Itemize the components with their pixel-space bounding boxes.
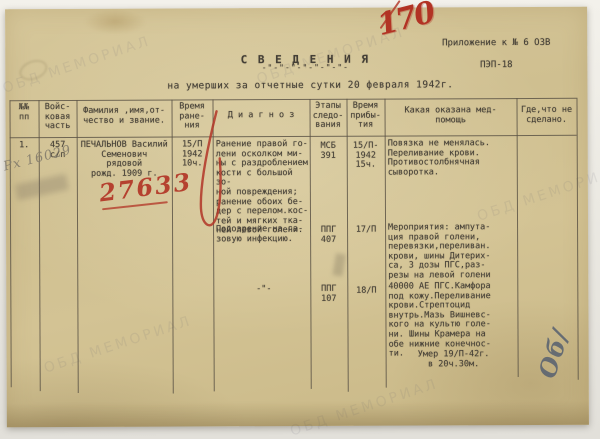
cell-arrival-time: 18/П xyxy=(347,287,385,297)
header-cell-remarks: Где,что не сделано. xyxy=(517,106,577,125)
cell-stage: ППГ 407 xyxy=(310,226,347,245)
paper-stain xyxy=(83,9,147,35)
casualty-table: №№ пп Войс- ковая часть Фамилия ,имя,от-… xyxy=(9,98,577,402)
table-top-rule xyxy=(9,98,576,101)
cell-medical-aid: 40000 АЕ ПГС.Камфора под кожу.Переливани… xyxy=(388,282,518,359)
document-paper: ОБД МЕМОРИАЛ ОБД МЕМОРИАЛ ОБД МЕМОРИАЛ О… xyxy=(5,7,589,428)
appendix-line2: ПЭП-18 xyxy=(413,60,579,72)
cell-arrival-time: 17/П xyxy=(347,226,385,236)
cell-stage: ППГ 107 xyxy=(310,285,347,304)
appendix-reference: Приложение к № 6 ОЗВ ПЭП-18 xyxy=(413,27,579,83)
header-cell-unit: Войс- ковая часть xyxy=(39,103,77,132)
header-cell-name: Фамилия ,имя,от- чество и звание. xyxy=(77,107,172,126)
cell-row-number: 1. xyxy=(10,141,39,151)
table-header-rule xyxy=(10,135,577,138)
header-cell-arrival: Время прибы- тия xyxy=(346,102,384,131)
document-subtitle: на умерших за отчетные сутки 20 февраля … xyxy=(110,79,510,92)
document-scan: ОБД МЕМОРИАЛ ОБД МЕМОРИАЛ ОБД МЕМОРИАЛ О… xyxy=(0,0,600,439)
title-underline: -"-"-"-"-"-"-"- xyxy=(180,62,430,72)
cell-death-note: Умер 19/П-42г. в 20ч.30м. xyxy=(389,350,519,370)
header-cell-number: №№ пп xyxy=(10,103,39,122)
table-column-line xyxy=(384,99,386,388)
cell-diagnosis-ditto: -"- xyxy=(216,285,311,295)
header-cell-stage: Этапы следо- вания xyxy=(309,102,346,131)
header-cell-aid: Какая оказана мед- помощь xyxy=(385,106,517,126)
cell-stage: МСБ 391 xyxy=(310,142,347,161)
appendix-line1: Приложение к № 6 ОЗВ xyxy=(413,38,579,50)
cell-medical-aid: Повязка не менялась. Переливание крови. … xyxy=(388,139,518,178)
cell-medical-aid: Мероприятия: ампута- ция правой голени, … xyxy=(388,223,518,281)
red-pen-loop-mark xyxy=(186,106,237,242)
table-column-line xyxy=(576,98,578,380)
paper-edge-shadow xyxy=(7,401,589,428)
cell-arrival-time: 15/П- 1942 15ч. xyxy=(347,142,385,171)
